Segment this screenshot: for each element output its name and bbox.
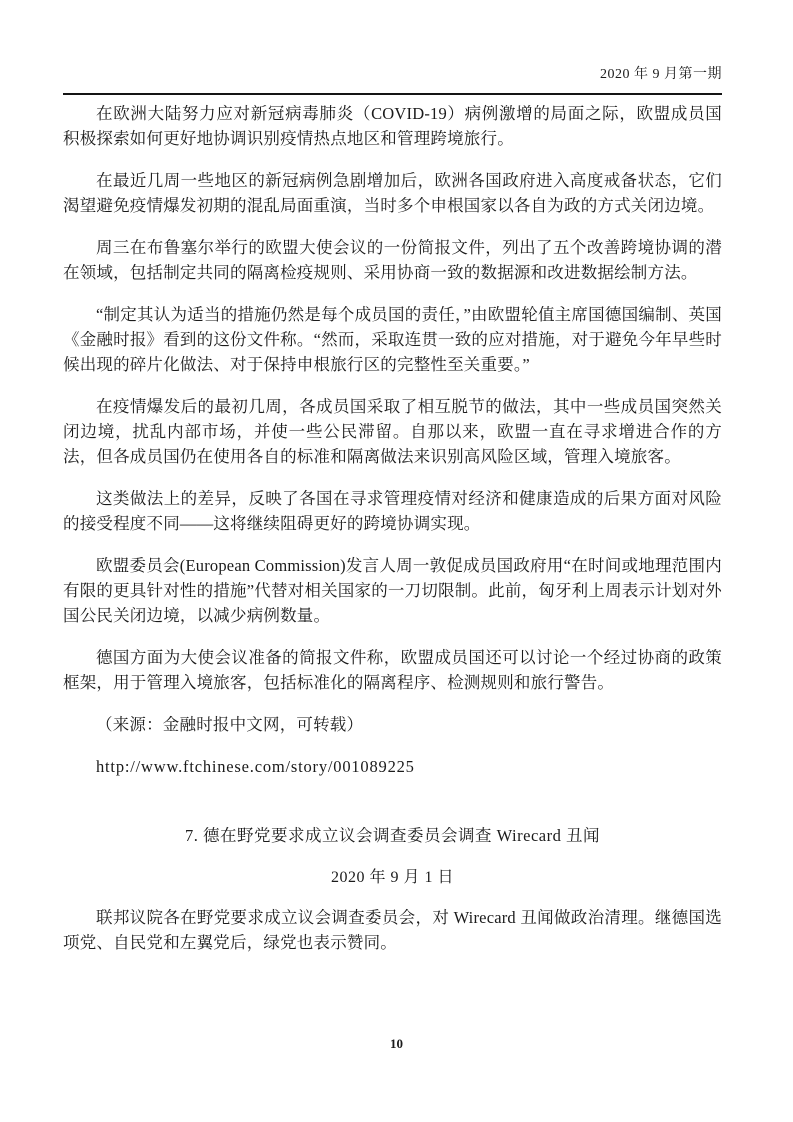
- body-paragraph: 在疫情爆发后的最初几周，各成员国采取了相互脱节的做法，其中一些成员国突然关闭边境…: [63, 394, 722, 469]
- body-paragraph: 德国方面为大使会议准备的简报文件称，欧盟成员国还可以讨论一个经过协商的政策框架，…: [63, 645, 722, 695]
- body-paragraph: 在最近几周一些地区的新冠病例急剧增加后，欧洲各国政府进入高度戒备状态，它们渴望避…: [63, 168, 722, 218]
- body-paragraph: 联邦议院各在野党要求成立议会调查委员会，对 Wirecard 丑闻做政治清理。继…: [63, 905, 722, 955]
- article-heading: 7. 德在野党要求成立议会调查委员会调查 Wirecard 丑闻: [63, 823, 722, 848]
- article-date: 2020 年 9 月 1 日: [63, 865, 722, 890]
- page-content: 2020 年 9 月第一期 在欧洲大陆努力应对新冠病毒肺炎（COVID-19）病…: [63, 0, 722, 955]
- page-header: 2020 年 9 月第一期: [63, 0, 722, 95]
- article-wirecard: 7. 德在野党要求成立议会调查委员会调查 Wirecard 丑闻 2020 年 …: [63, 823, 722, 955]
- page-number: 10: [0, 1036, 793, 1052]
- body-paragraph: 这类做法上的差异，反映了各国在寻求管理疫情对经济和健康造成的后果方面对风险的接受…: [63, 486, 722, 536]
- body-paragraph: “制定其认为适当的措施仍然是每个成员国的责任，”由欧盟轮值主席国德国编制、英国《…: [63, 302, 722, 377]
- body-paragraph: 周三在布鲁塞尔举行的欧盟大使会议的一份简报文件，列出了五个改善跨境协调的潜在领域…: [63, 235, 722, 285]
- body-paragraph: 欧盟委员会(European Commission)发言人周一敦促成员国政府用“…: [63, 553, 722, 628]
- source-line: （来源：金融时报中文网，可转载）: [63, 712, 722, 737]
- article-covid-coordination: 在欧洲大陆努力应对新冠病毒肺炎（COVID-19）病例激增的局面之际，欧盟成员国…: [63, 101, 722, 779]
- article-url[interactable]: http://www.ftchinese.com/story/001089225: [63, 754, 722, 779]
- header-issue-label: 2020 年 9 月第一期: [63, 66, 722, 84]
- document-page: 2020 年 9 月第一期 在欧洲大陆努力应对新冠病毒肺炎（COVID-19）病…: [0, 0, 793, 1122]
- body-paragraph: 在欧洲大陆努力应对新冠病毒肺炎（COVID-19）病例激增的局面之际，欧盟成员国…: [63, 101, 722, 151]
